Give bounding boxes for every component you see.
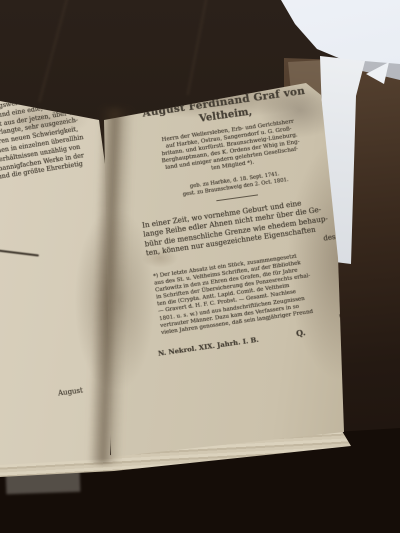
footer-signature-mark: Q. bbox=[295, 327, 306, 338]
separator-rule bbox=[216, 194, 258, 201]
left-page-catchword: August bbox=[58, 387, 84, 398]
photo-of-open-book: Börner. nungswerth schätzte, die soen un… bbox=[0, 0, 400, 533]
wood-grain-streak bbox=[38, 0, 69, 103]
wood-grain-streak bbox=[186, 0, 209, 95]
page-scratch-mark bbox=[0, 249, 39, 256]
